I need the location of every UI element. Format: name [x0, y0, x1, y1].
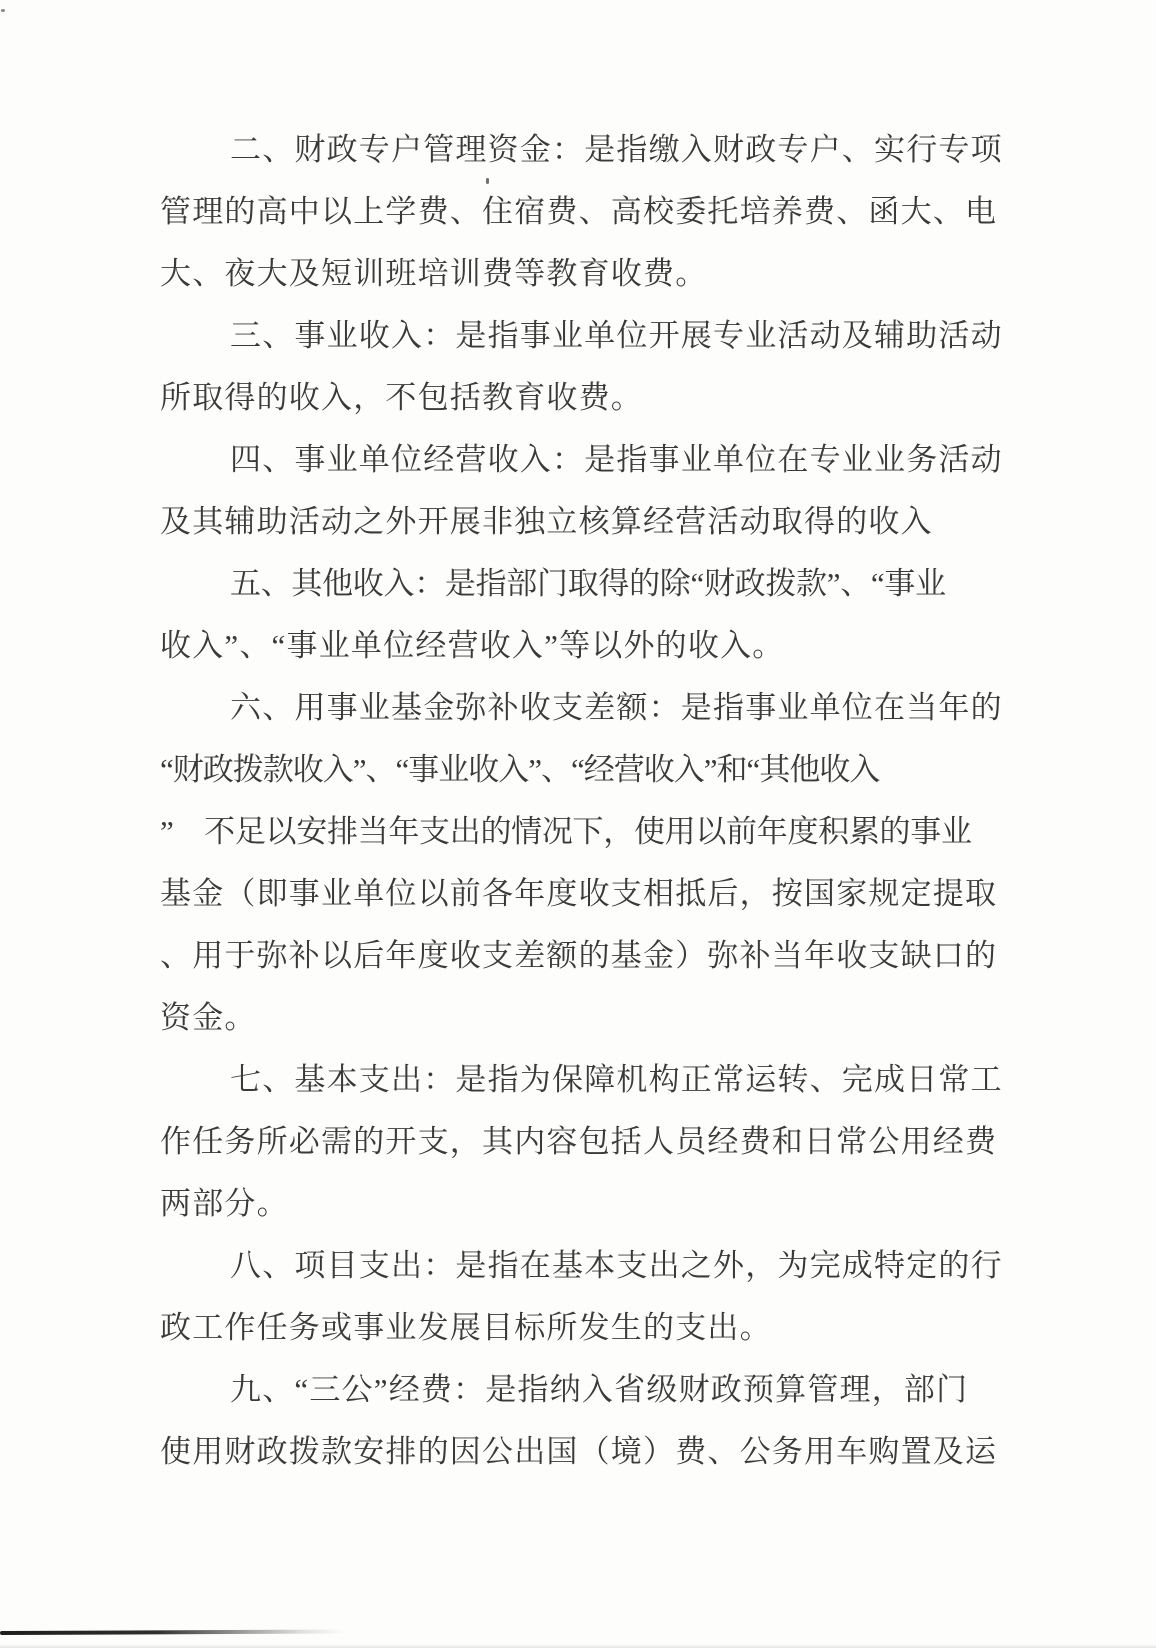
page-bottom-edge-shadow: [0, 1644, 1156, 1648]
text-line: 大、夜大及短训班培训费等教育收费。: [160, 243, 1005, 305]
text-line: 使用财政拨款安排的因公出国（境）费、公务用车购置及运: [160, 1421, 1005, 1483]
paragraph-3-institutional-income: 三、事业收入：是指事业单位开展专业活动及辅助活动 所取得的收入，不包括教育收费。: [160, 305, 1005, 429]
text-line: 七、基本支出：是指为保障机构正常运转、完成日常工: [160, 1049, 1005, 1111]
text-line: 政工作任务或事业发展目标所发生的支出。: [160, 1297, 1005, 1359]
paragraph-6-fund-deficit-coverage: 六、用事业基金弥补收支差额：是指事业单位在当年的 “财政拨款收入”、“事业收入”…: [160, 677, 1005, 1049]
scan-speck: [1, 9, 5, 12]
text-line: 八、项目支出：是指在基本支出之外，为完成特定的行: [160, 1235, 1005, 1297]
text-line: 所取得的收入，不包括教育收费。: [160, 367, 1005, 429]
scanned-page: 二、财政专户管理资金：是指缴入财政专户、实行专项 管理的高中以上学费、住宿费、高…: [0, 0, 1156, 1648]
text-line: 及其辅助活动之外开展非独立核算经营活动取得的收入: [160, 491, 1005, 553]
paragraph-5-other-income: 五、其他收入：是指部门取得的除“财政拨款”、“事业 收入”、“事业单位经营收入”…: [160, 553, 1005, 677]
text-line: 、用于弥补以后年度收支差额的基金）弥补当年收支缺口的: [160, 925, 1005, 987]
text-line: 四、事业单位经营收入：是指事业单位在专业业务活动: [160, 429, 1005, 491]
text-line: 资金。: [160, 987, 1005, 1049]
paragraph-2-fiscal-special-account-funds: 二、财政专户管理资金：是指缴入财政专户、实行专项 管理的高中以上学费、住宿费、高…: [160, 119, 1005, 305]
text-line: “财政拨款收入”、“事业收入”、“经营收入”和“其他收入: [160, 739, 1005, 801]
text-line: 六、用事业基金弥补收支差额：是指事业单位在当年的: [160, 677, 1005, 739]
text-line: 三、事业收入：是指事业单位开展专业活动及辅助活动: [160, 305, 1005, 367]
text-line: 管理的高中以上学费、住宿费、高校委托培养费、函大、电: [160, 181, 1005, 243]
text-line: 五、其他收入：是指部门取得的除“财政拨款”、“事业: [160, 553, 1005, 615]
text-line: 二、财政专户管理资金：是指缴入财政专户、实行专项: [160, 119, 1005, 181]
scan-artifact-line: [0, 1629, 345, 1635]
text-line: 九、“三公”经费：是指纳入省级财政预算管理，部门: [160, 1359, 1005, 1421]
text-line: 作任务所必需的开支，其内容包括人员经费和日常公用经费: [160, 1111, 1005, 1173]
text-line: 基金（即事业单位以前各年度收支相抵后，按国家规定提取: [160, 863, 1005, 925]
text-line: 收入”、“事业单位经营收入”等以外的收入。: [160, 615, 1005, 677]
paragraph-4-operating-income: 四、事业单位经营收入：是指事业单位在专业业务活动 及其辅助活动之外开展非独立核算…: [160, 429, 1005, 553]
paragraph-7-basic-expenditure: 七、基本支出：是指为保障机构正常运转、完成日常工 作任务所必需的开支，其内容包括…: [160, 1049, 1005, 1235]
paragraph-9-three-public-expenses: 九、“三公”经费：是指纳入省级财政预算管理，部门 使用财政拨款安排的因公出国（境…: [160, 1359, 1005, 1483]
text-line: 两部分。: [160, 1173, 1005, 1235]
paragraph-8-project-expenditure: 八、项目支出：是指在基本支出之外，为完成特定的行 政工作任务或事业发展目标所发生…: [160, 1235, 1005, 1359]
document-body: 二、财政专户管理资金：是指缴入财政专户、实行专项 管理的高中以上学费、住宿费、高…: [160, 119, 1005, 1483]
text-line: ” 不足以安排当年支出的情况下，使用以前年度积累的事业: [160, 801, 1005, 863]
